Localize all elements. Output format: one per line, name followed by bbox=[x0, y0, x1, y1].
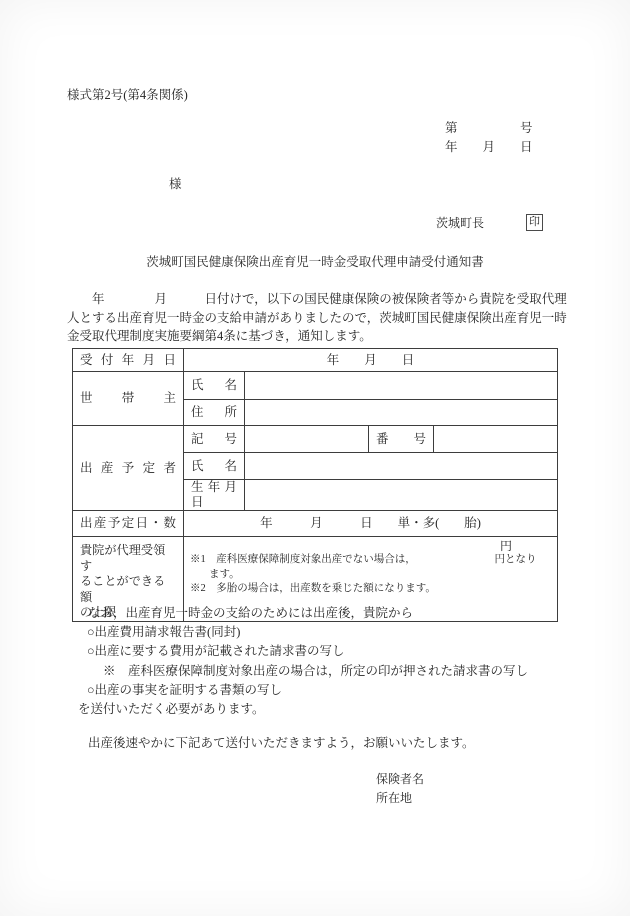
proxy-limit-label-line-2: ることができる額 bbox=[80, 574, 176, 605]
expectant-name-field bbox=[245, 453, 558, 480]
due-date-label: 出産予定日・数 bbox=[73, 511, 184, 537]
receipt-date-label: 受付年月日 bbox=[73, 349, 184, 372]
seal-mark: 印 bbox=[526, 214, 543, 231]
expectant-birthdate-field bbox=[245, 480, 558, 511]
householder-label: 世帯主 bbox=[73, 372, 184, 426]
document-item-1: ○出産費用請求報告書(同封) bbox=[87, 623, 528, 642]
application-table: 受付年月日 年 月 日 世帯主 氏名 住所 出産予定者 記号 番号 氏名 bbox=[72, 348, 558, 622]
body-paragraph-line-2: 人とする出産育児一時金の支給申請がありましたので，茨城町国民健康保険出産育児一時 bbox=[67, 309, 572, 328]
table-row: 出産予定者 記号 番号 bbox=[73, 426, 558, 453]
issuer-footer-block: 保険者名 所在地 bbox=[376, 770, 424, 808]
householder-name-field bbox=[245, 372, 558, 400]
limit-note-2: ※2 多胎の場合は，出産数を乗じた額になります。 bbox=[190, 582, 551, 597]
insurance-number-label: 番号 bbox=[369, 426, 434, 453]
due-date-value: 年 月 日 単・多( 胎) bbox=[184, 511, 558, 537]
addressee-honorific: 様 bbox=[169, 177, 182, 192]
issuer-title: 茨城町長 bbox=[436, 216, 484, 230]
receipt-date-value: 年 月 日 bbox=[184, 349, 558, 372]
limit-note-1-line-1: ※1 産科医療保障制度対象出産でない場合は， 円となり bbox=[190, 553, 551, 568]
expectant-mother-label: 出産予定者 bbox=[73, 426, 184, 511]
expectant-birthdate-label: 生年月日 bbox=[184, 480, 245, 511]
required-documents-block: なお，出産育児一時金の支給のためには出産後，貴院から ○出産費用請求報告書(同封… bbox=[67, 604, 528, 719]
doc-date-line: 年 月 日 bbox=[445, 138, 533, 157]
body-paragraph: 年 月 日付けで，以下の国民健康保険の被保険者等から貴院を受取代理 人とする出産… bbox=[67, 290, 572, 346]
doc-number-date-block: 第 号 年 月 日 bbox=[445, 119, 533, 157]
body-paragraph-line-3: 金受取代理制度実施要綱第4条に基づき，通知します。 bbox=[67, 327, 572, 346]
document-item-2-note: ※ 産科医療保障制度対象出産の場合は，所定の印が押された請求書の写し bbox=[103, 662, 528, 681]
documents-closing-line: を送付いただく必要があります。 bbox=[78, 700, 528, 719]
documents-intro-line: なお，出産育児一時金の支給のためには出産後，貴院から bbox=[88, 604, 528, 623]
insurance-number-field bbox=[434, 426, 558, 453]
document-item-2: ○出産に要する費用が記載された請求書の写し bbox=[87, 642, 528, 661]
table-row: 受付年月日 年 月 日 bbox=[73, 349, 558, 372]
insurer-address-label: 所在地 bbox=[376, 789, 424, 808]
householder-address-field bbox=[245, 400, 558, 426]
householder-address-label: 住所 bbox=[184, 400, 245, 426]
document-item-3: ○出産の事実を証明する書類の写し bbox=[87, 681, 528, 700]
document-title: 茨城町国民健康保険出産育児一時金受取代理申請受付通知書 bbox=[0, 255, 630, 270]
limit-note-1-line-2: ます。 bbox=[209, 568, 551, 583]
notification-document: 様式第2号(第4条関係) 第 号 年 月 日 様 茨城町長 印 茨城町国民健康保… bbox=[0, 0, 630, 916]
insurance-symbol-label: 記号 bbox=[184, 426, 245, 453]
yen-unit: 円 bbox=[190, 540, 551, 553]
table-row: 出産予定日・数 年 月 日 単・多( 胎) bbox=[73, 511, 558, 537]
insurance-symbol-field bbox=[245, 426, 369, 453]
proxy-limit-label-line-1: 貴院が代理受領す bbox=[80, 543, 176, 574]
table-row: 世帯主 氏名 bbox=[73, 372, 558, 400]
expectant-name-label: 氏名 bbox=[184, 453, 245, 480]
body-paragraph-line-1: 年 月 日付けで，以下の国民健康保険の被保険者等から貴院を受取代理 bbox=[67, 290, 572, 309]
form-number: 様式第2号(第4条関係) bbox=[67, 88, 188, 103]
householder-name-label: 氏名 bbox=[184, 372, 245, 400]
request-line: 出産後速やかに下記あて送付いただきますよう，お願いいたします。 bbox=[88, 736, 475, 751]
insurer-name-label: 保険者名 bbox=[376, 770, 424, 789]
doc-number-line: 第 号 bbox=[445, 119, 533, 138]
